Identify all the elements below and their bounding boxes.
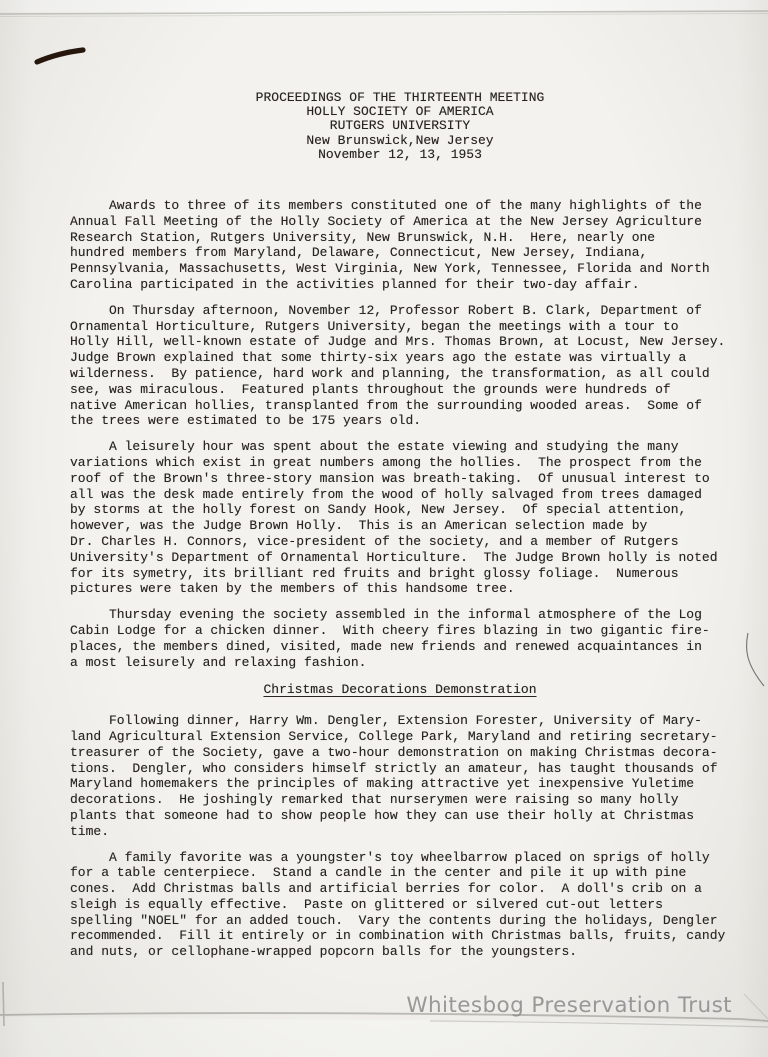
section-heading-text: Christmas Decorations Demonstration (263, 682, 536, 697)
paragraph-awards: Awards to three of its members constitut… (70, 198, 740, 293)
page-corner-edge (744, 994, 768, 1019)
paragraph-wheelbarrow-centerpiece: A family favorite was a youngster's toy … (70, 850, 740, 961)
scanner-top-strip (0, 0, 768, 12)
scanned-page: PROCEEDINGS OF THE THIRTEENTH MEETING HO… (0, 0, 768, 1057)
scanner-bottom-area (0, 1017, 768, 1057)
paragraph-dengler-demonstration: Following dinner, Harry Wm. Dengler, Ext… (70, 713, 740, 839)
page-top-edge (0, 11, 768, 14)
paragraph-list: Awards to three of its members constitut… (70, 198, 740, 960)
pen-mark (37, 50, 83, 62)
paragraph-log-cabin-dinner: Thursday evening the society assembled i… (70, 607, 740, 670)
document-title: PROCEEDINGS OF THE THIRTEENTH MEETING HO… (70, 91, 730, 162)
section-heading: Christmas Decorations Demonstration (70, 682, 730, 698)
hair-crease (747, 633, 764, 686)
paragraph-estate-viewing: A leisurely hour was spent about the est… (70, 439, 740, 597)
paragraph-thursday-tour: On Thursday afternoon, November 12, Prof… (70, 303, 740, 429)
document-body: PROCEEDINGS OF THE THIRTEENTH MEETING HO… (0, 91, 740, 960)
watermark: Whitesbog Preservation Trust (406, 993, 732, 1018)
